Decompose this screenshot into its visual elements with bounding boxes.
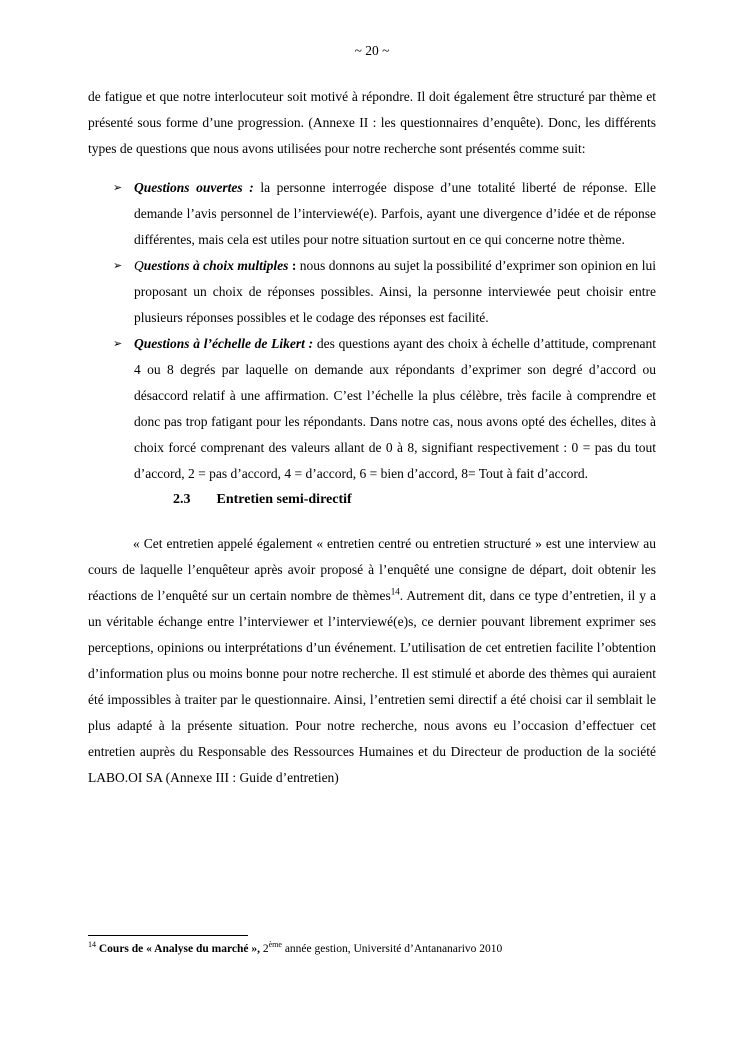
footnote-text: 14 Cours de « Analyse du marché », 2ème … bbox=[88, 942, 656, 957]
section-number: 2.3 bbox=[173, 492, 191, 507]
intro-paragraph: de fatigue et que notre interlocuteur so… bbox=[88, 84, 656, 162]
footnote-number: 14 bbox=[88, 940, 96, 949]
document-page: ~ 20 ~ de fatigue et que notre interlocu… bbox=[0, 0, 744, 1053]
list-item-body: des questions ayant des choix à échelle … bbox=[134, 336, 656, 481]
arrow-bullet-icon: ➢ bbox=[113, 253, 122, 279]
footnote-reference-marker: 14 bbox=[391, 587, 400, 597]
page-number: ~ 20 ~ bbox=[0, 42, 744, 60]
body-paragraph: « Cet entretien appelé également « entre… bbox=[88, 531, 656, 791]
section-heading: 2.3Entretien semi-directif bbox=[88, 487, 656, 513]
footnote-rest-text: année gestion, Université d’Antananarivo… bbox=[282, 943, 502, 955]
page-content: de fatigue et que notre interlocuteur so… bbox=[88, 84, 656, 791]
list-item-questions-echelle-likert: ➢Questions à l’échelle de Likert : des q… bbox=[88, 331, 656, 487]
question-types-list: ➢Questions ouvertes : la personne interr… bbox=[88, 175, 656, 487]
list-item-lead-first-letter: Q bbox=[134, 258, 144, 273]
list-item-questions-ouvertes: ➢Questions ouvertes : la personne interr… bbox=[88, 175, 656, 253]
paragraph-text-after-ref: . Autrement dit, dans ce type d’entretie… bbox=[88, 588, 656, 785]
list-item-lead: Questions à l’échelle de Likert : bbox=[134, 336, 313, 351]
footnote-year-number: 2 bbox=[260, 943, 269, 955]
footnote-area: 14 Cours de « Analyse du marché », 2ème … bbox=[88, 935, 656, 957]
arrow-bullet-icon: ➢ bbox=[113, 331, 122, 357]
list-item-lead: Questions ouvertes : bbox=[134, 180, 254, 195]
arrow-bullet-icon: ➢ bbox=[113, 175, 122, 201]
footnote-ordinal-superscript: ème bbox=[269, 940, 282, 949]
list-item-questions-choix-multiples: ➢Questions à choix multiples : nous donn… bbox=[88, 253, 656, 331]
footnote-separator-line bbox=[88, 935, 248, 936]
list-item-lead: uestions à choix multiples bbox=[144, 258, 289, 273]
section-title: Entretien semi-directif bbox=[217, 492, 352, 507]
footnote-bold-text: Cours de « Analyse du marché », bbox=[99, 943, 260, 955]
